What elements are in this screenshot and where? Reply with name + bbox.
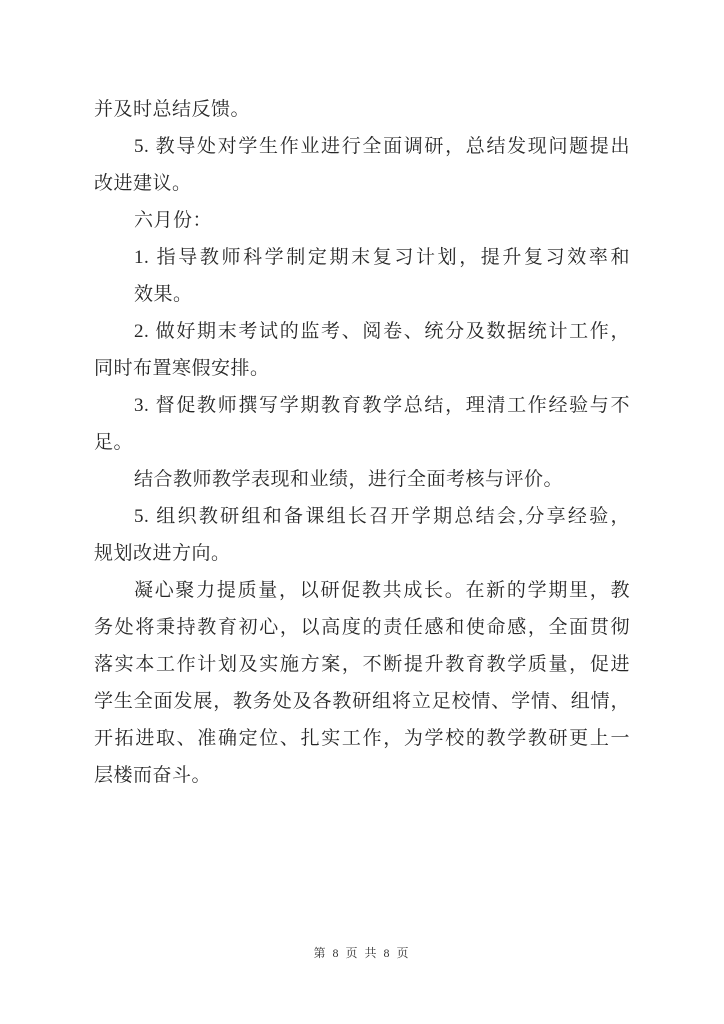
document-body: 并及时总结反馈。 5. 教导处对学生作业进行全面调研，总结发现问题提出 改进建议…: [94, 91, 630, 794]
text-line: 改进建议。: [94, 165, 630, 202]
text-line: 足。: [94, 424, 630, 461]
text-line: 六月份：: [94, 202, 630, 239]
text-line: 1. 指导教师科学制定期末复习计划，提升复习效率和: [94, 239, 630, 276]
text-line: 5. 组织教研组和备课组长召开学期总结会,分享经验，: [94, 498, 630, 535]
page-footer: 第 8 页 共 8 页: [0, 944, 724, 962]
document-page: 并及时总结反馈。 5. 教导处对学生作业进行全面调研，总结发现问题提出 改进建议…: [0, 0, 724, 1024]
page-number: 第 8 页 共 8 页: [313, 946, 410, 960]
text-line: 同时布置寒假安排。: [94, 350, 630, 387]
text-line: 效果。: [94, 276, 630, 313]
text-line: 结合教师教学表现和业绩，进行全面考核与评价。: [94, 461, 630, 498]
text-line: 学生全面发展，教务处及各教研组将立足校情、学情、组情，: [94, 683, 630, 720]
text-line: 规划改进方向。: [94, 535, 630, 572]
text-line: 2. 做好期末考试的监考、阅卷、统分及数据统计工作，: [94, 313, 630, 350]
text-line: 务处将秉持教育初心，以高度的责任感和使命感，全面贯彻: [94, 609, 630, 646]
text-line: 并及时总结反馈。: [94, 91, 630, 128]
text-line: 3. 督促教师撰写学期教育教学总结，理清工作经验与不: [94, 387, 630, 424]
text-line: 开拓进取、准确定位、扎实工作，为学校的教学教研更上一: [94, 720, 630, 757]
text-line: 凝心聚力提质量，以研促教共成长。在新的学期里，教: [94, 572, 630, 609]
text-line: 层楼而奋斗。: [94, 757, 630, 794]
text-line: 落实本工作计划及实施方案，不断提升教育教学质量，促进: [94, 646, 630, 683]
text-line: 5. 教导处对学生作业进行全面调研，总结发现问题提出: [94, 128, 630, 165]
